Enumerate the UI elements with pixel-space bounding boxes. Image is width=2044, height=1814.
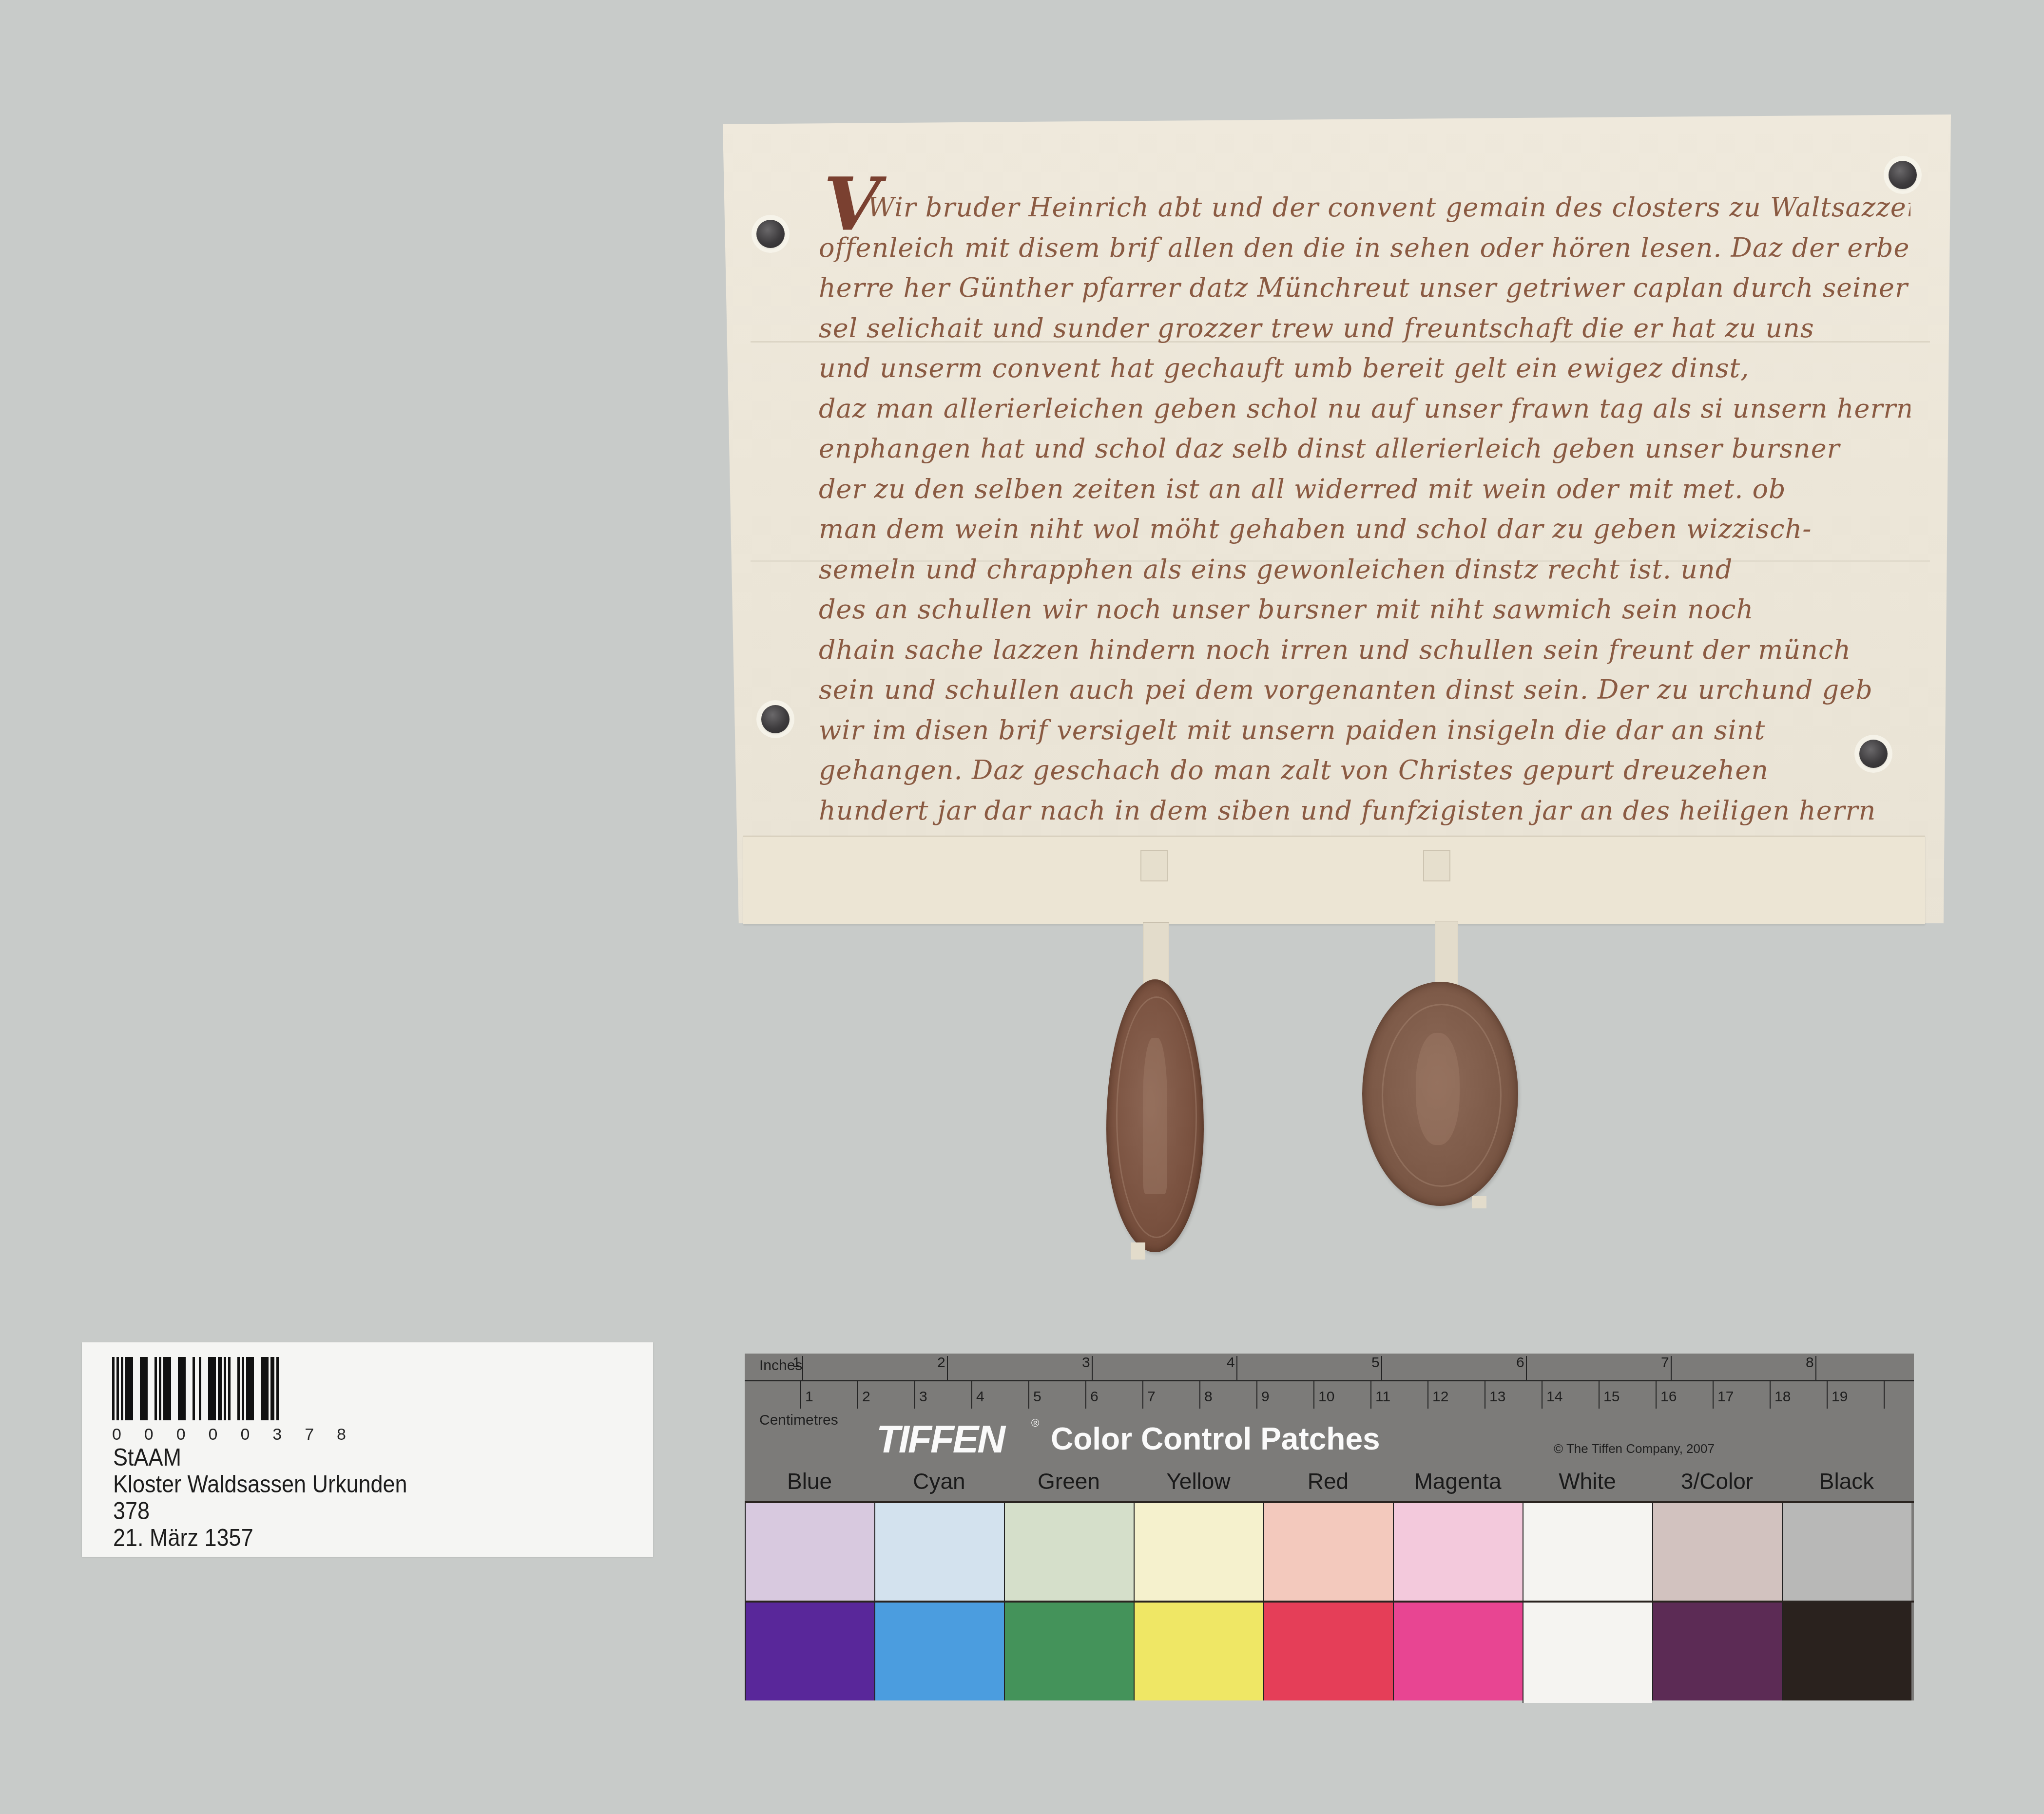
patch-label-white: White — [1523, 1468, 1652, 1494]
document-date: 21. März 1357 — [113, 1524, 253, 1551]
barcode-digit: 0 — [144, 1425, 154, 1444]
centimetres-label: Centimetres — [759, 1412, 838, 1429]
manuscript-line: semeln und chrapphen als eins gewonleich… — [819, 550, 1910, 590]
patch-red-dark — [1263, 1603, 1393, 1700]
inch-tick-label: 8 — [1806, 1355, 1814, 1371]
seal-tag-end — [1472, 1196, 1486, 1208]
tiffen-logo: TIFFEN — [876, 1417, 1004, 1462]
patch-label-black: Black — [1782, 1468, 1911, 1494]
cm-tick-label: 12 — [1432, 1389, 1448, 1405]
manuscript-line: offenleich mit disem brif allen den die … — [819, 228, 1910, 268]
manuscript-line: der zu den selben zeiten ist an all wide… — [819, 469, 1910, 510]
cm-tick-label: 8 — [1204, 1389, 1213, 1405]
patch-row-divider — [745, 1601, 1914, 1603]
cm-tick-label: 2 — [862, 1389, 870, 1405]
mounting-pin-icon — [761, 705, 790, 733]
barcode-digit: 3 — [272, 1425, 282, 1444]
manuscript-line: sel selichait und sunder grozzer trew un… — [819, 308, 1910, 349]
seal-standing-figure-icon — [1143, 1038, 1167, 1194]
tiffen-color-chart: Inches Centimetres 1 2 3 4 5 6 7 8 1 2 3… — [745, 1354, 1914, 1700]
patch-label-3color: 3/Color — [1652, 1468, 1782, 1494]
inch-tick-label: 3 — [1082, 1355, 1090, 1371]
patch-black-light — [1782, 1503, 1911, 1601]
barcode-digit: 0 — [209, 1425, 218, 1444]
seal-enthroned-figure-icon — [1416, 1033, 1460, 1145]
patch-blue-dark — [745, 1603, 874, 1700]
patch-red-light — [1263, 1503, 1393, 1601]
patch-3color-dark — [1652, 1603, 1782, 1700]
document-number: 378 — [113, 1497, 150, 1525]
cm-tick-label: 11 — [1375, 1389, 1390, 1405]
mounting-pin-icon — [756, 220, 785, 248]
manuscript-line: und unserm convent hat gechauft umb bere… — [819, 348, 1910, 389]
cm-tick-label: 4 — [976, 1389, 984, 1405]
barcode-digits: 0 0 0 0 0 3 7 8 — [112, 1425, 346, 1444]
barcode-digit: 0 — [240, 1425, 250, 1444]
seal-slot — [1423, 850, 1450, 881]
registered-mark: ® — [1031, 1417, 1039, 1430]
patch-top-edge — [745, 1501, 1914, 1503]
manuscript-line: man dem wein niht wol möht gehaben und s… — [819, 509, 1910, 550]
cm-tick-label: 13 — [1489, 1389, 1505, 1405]
cm-tick-label: 16 — [1660, 1389, 1677, 1405]
patch-label-magenta: Magenta — [1393, 1468, 1523, 1494]
cm-tick-label: 17 — [1717, 1389, 1734, 1405]
seal-slot — [1140, 850, 1168, 881]
patch-white — [1523, 1503, 1652, 1703]
patch-cyan-dark — [874, 1603, 1004, 1700]
cm-tick-label: 5 — [1033, 1389, 1041, 1405]
manuscript-line: dhain sache lazzen hindern noch irren un… — [819, 630, 1910, 670]
patch-magenta-dark — [1393, 1603, 1523, 1700]
cm-tick-label: 3 — [919, 1389, 927, 1405]
manuscript-line: gehangen. Daz geschach do man zalt von C… — [819, 750, 1910, 791]
patch-label-red: Red — [1263, 1468, 1393, 1494]
manuscript-line: daz man allerierleichen geben schol nu a… — [819, 389, 1910, 429]
barcode-digit: 0 — [176, 1425, 186, 1444]
cm-tick-label: 10 — [1318, 1389, 1334, 1405]
inch-tick-label: 6 — [1516, 1355, 1524, 1371]
manuscript-line: des an schullen wir noch unser bursner m… — [819, 590, 1910, 630]
inch-tick-label: 4 — [1227, 1355, 1235, 1371]
cm-tick-label: 18 — [1774, 1389, 1791, 1405]
manuscript-line: enphangen hat und schol daz selb dinst a… — [819, 429, 1910, 469]
manuscript-text: Wir bruder Heinrich abt und der convent … — [819, 188, 1910, 871]
manuscript-line: sein und schullen auch pei dem vorgenant… — [819, 670, 1910, 710]
cm-tick-label: 15 — [1603, 1389, 1620, 1405]
inch-tick-label: 1 — [792, 1355, 801, 1371]
copyright-text: © The Tiffen Company, 2007 — [1554, 1441, 1715, 1456]
cm-tick-label: 6 — [1090, 1389, 1099, 1405]
patch-magenta-light — [1393, 1503, 1523, 1601]
cm-tick-label: 9 — [1261, 1389, 1270, 1405]
cm-tick-label: 7 — [1147, 1389, 1156, 1405]
barcode-digit: 8 — [337, 1425, 346, 1444]
barcode-digit: 7 — [305, 1425, 314, 1444]
plica-fold — [743, 836, 1925, 924]
barcode-icon — [112, 1357, 346, 1420]
manuscript-line: wir im disen brif versigelt mit unsern p… — [819, 710, 1910, 751]
patch-label-blue: Blue — [745, 1468, 874, 1494]
manuscript-line: hundert jar dar nach in dem siben und fu… — [819, 791, 1910, 831]
inch-tick-label: 5 — [1371, 1355, 1380, 1371]
patch-label-cyan: Cyan — [874, 1468, 1004, 1494]
archive-name: StAAM — [113, 1444, 181, 1471]
patch-yellow-dark — [1134, 1603, 1263, 1700]
patch-black-dark — [1782, 1603, 1911, 1700]
cm-tick-label: 14 — [1546, 1389, 1562, 1405]
patch-blue-light — [745, 1503, 874, 1601]
seal-strap — [1435, 921, 1458, 990]
patch-label-yellow: Yellow — [1134, 1468, 1263, 1494]
ruler-baseline — [745, 1380, 1914, 1381]
manuscript-line: Wir bruder Heinrich abt und der convent … — [819, 188, 1910, 228]
mounting-pin-icon — [1889, 161, 1917, 189]
cm-tick-label: 1 — [805, 1389, 813, 1405]
inch-tick-label: 7 — [1661, 1355, 1669, 1371]
patch-yellow-light — [1134, 1503, 1263, 1601]
patch-3color-light — [1652, 1503, 1782, 1601]
chart-title: Color Control Patches — [1051, 1421, 1380, 1457]
barcode-digit: 0 — [112, 1425, 121, 1444]
inch-tick-label: 2 — [937, 1355, 945, 1371]
seal-tag-end — [1131, 1242, 1145, 1260]
manuscript-line: herre her Günther pfarrer datz Münchreut… — [819, 268, 1910, 308]
collection-name: Kloster Waldsassen Urkunden — [113, 1470, 407, 1498]
patch-green-light — [1004, 1503, 1134, 1601]
cm-tick-label: 19 — [1832, 1389, 1848, 1405]
patch-green-dark — [1004, 1603, 1134, 1700]
patch-label-green: Green — [1004, 1468, 1134, 1494]
patch-cyan-light — [874, 1503, 1004, 1601]
